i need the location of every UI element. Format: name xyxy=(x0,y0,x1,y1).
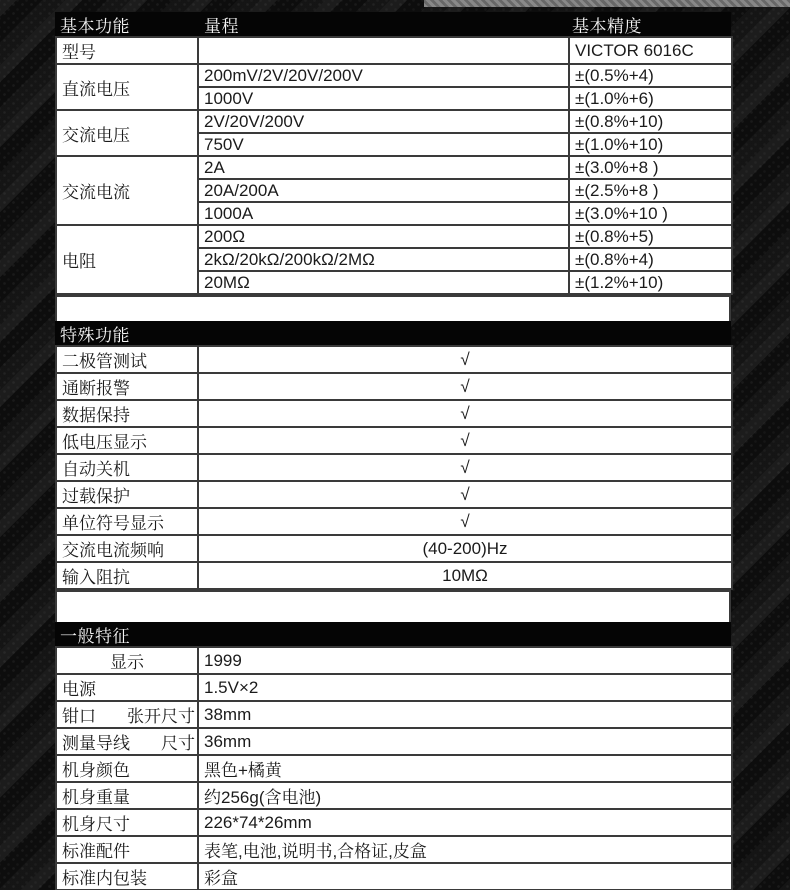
row-label: 机身尺寸 xyxy=(56,809,198,836)
row-label: 自动关机 xyxy=(56,454,198,481)
row-label: 交流电流频响 xyxy=(56,535,198,562)
table-row: 钳口 张开尺寸 38mm xyxy=(56,701,732,728)
table-row: 过载保护 √ xyxy=(56,481,732,508)
row-value: 表笔,电池,说明书,合格证,皮盒 xyxy=(198,836,732,863)
row-value: √ xyxy=(198,454,732,481)
table-row: 二极管测试 √ xyxy=(56,346,732,373)
table-row: 直流电压 200mV/2V/20V/200V ±(0.5%+4) xyxy=(56,64,732,87)
table-row: 低电压显示 √ xyxy=(56,427,732,454)
row-label: 钳口 张开尺寸 xyxy=(56,701,198,728)
row-range: 2V/20V/200V xyxy=(198,110,569,133)
row-accuracy: ±(0.8%+10) xyxy=(569,110,732,133)
row-label: 标准配件 xyxy=(56,836,198,863)
row-accuracy: ±(2.5%+8 ) xyxy=(569,179,732,202)
row-range: 20A/200A xyxy=(198,179,569,202)
general-features-table: 显示 1999 电源 1.5V×2 钳口 张开尺寸 38mm xyxy=(55,646,733,890)
row-accuracy: ±(1.0%+10) xyxy=(569,133,732,156)
row-accuracy: ±(1.2%+10) xyxy=(569,271,732,294)
general-features-header-band: 一般特征 xyxy=(55,622,731,646)
row-value: 黑色+橘黄 xyxy=(198,755,732,782)
row-label: 标准内包装 xyxy=(56,863,198,890)
row-label: 单位符号显示 xyxy=(56,508,198,535)
row-value: 1999 xyxy=(198,647,732,674)
table-row: 电阻 200Ω ±(0.8%+5) xyxy=(56,225,732,248)
table-row: 机身重量 约256g(含电池) xyxy=(56,782,732,809)
row-value: 226*74*26mm xyxy=(198,809,732,836)
section-spacer xyxy=(55,295,731,321)
row-accuracy: ±(3.0%+8 ) xyxy=(569,156,732,179)
row-range: 200mV/2V/20V/200V xyxy=(198,64,569,87)
row-range: 200Ω xyxy=(198,225,569,248)
row-accuracy: ±(0.8%+4) xyxy=(569,248,732,271)
row-label: 型号 xyxy=(56,37,198,64)
group-label-ac-voltage: 交流电压 xyxy=(56,110,198,156)
row-label: 机身颜色 xyxy=(56,755,198,782)
spec-panel: 基本功能 量程 基本精度 型号 VICTOR 6016C 直流电压 200mV/… xyxy=(55,12,731,890)
row-value: √ xyxy=(198,373,732,400)
row-label: 显示 xyxy=(56,647,198,674)
row-label: 二极管测试 xyxy=(56,346,198,373)
row-value: 38mm xyxy=(198,701,732,728)
row-label: 机身重量 xyxy=(56,782,198,809)
row-value: √ xyxy=(198,400,732,427)
row-value: √ xyxy=(198,481,732,508)
table-row: 输入阻抗 10MΩ xyxy=(56,562,732,589)
section-spacer xyxy=(55,590,731,622)
row-accuracy: ±(3.0%+10 ) xyxy=(569,202,732,225)
table-row: 交流电压 2V/20V/200V ±(0.8%+10) xyxy=(56,110,732,133)
table-row: 自动关机 √ xyxy=(56,454,732,481)
row-value: 36mm xyxy=(198,728,732,755)
table-row: 单位符号显示 √ xyxy=(56,508,732,535)
col-header-basic-function: 基本功能 xyxy=(55,12,197,37)
row-accuracy: ±(1.0%+6) xyxy=(569,87,732,110)
table-row: 机身尺寸 226*74*26mm xyxy=(56,809,732,836)
row-range: 2A xyxy=(198,156,569,179)
row-label: 输入阻抗 xyxy=(56,562,198,589)
basic-spec-table: 型号 VICTOR 6016C 直流电压 200mV/2V/20V/200V ±… xyxy=(55,36,733,295)
row-range: 750V xyxy=(198,133,569,156)
special-functions-table: 二极管测试 √ 通断报警 √ 数据保持 √ 低电压显示 √ 自动关机 √ xyxy=(55,345,733,590)
table-row: 测量导线 尺寸 36mm xyxy=(56,728,732,755)
table-row: 机身颜色 黑色+橘黄 xyxy=(56,755,732,782)
col-header-range: 量程 xyxy=(197,12,568,37)
row-value: 10MΩ xyxy=(198,562,732,589)
row-value: √ xyxy=(198,346,732,373)
row-label: 数据保持 xyxy=(56,400,198,427)
background-light-streak xyxy=(424,0,790,7)
row-value: 约256g(含电池) xyxy=(198,782,732,809)
table-row: 显示 1999 xyxy=(56,647,732,674)
table-row: 交流电流 2A ±(3.0%+8 ) xyxy=(56,156,732,179)
row-value: (40-200)Hz xyxy=(198,535,732,562)
row-label: 电源 xyxy=(56,674,198,701)
table-row: 电源 1.5V×2 xyxy=(56,674,732,701)
table-row: 标准内包装 彩盒 xyxy=(56,863,732,890)
col-header-accuracy: 基本精度 xyxy=(568,12,731,37)
special-functions-header-band: 特殊功能 xyxy=(55,321,731,345)
table-row-model: 型号 VICTOR 6016C xyxy=(56,37,732,64)
row-value: √ xyxy=(198,508,732,535)
row-range: 1000V xyxy=(198,87,569,110)
row-label: 通断报警 xyxy=(56,373,198,400)
spec-sheet-image: 基本功能 量程 基本精度 型号 VICTOR 6016C 直流电压 200mV/… xyxy=(0,0,790,890)
group-label-ac-current: 交流电流 xyxy=(56,156,198,225)
row-range: 20MΩ xyxy=(198,271,569,294)
row-value: 1.5V×2 xyxy=(198,674,732,701)
row-label: 过载保护 xyxy=(56,481,198,508)
table-row: 数据保持 √ xyxy=(56,400,732,427)
row-label: 测量导线 尺寸 xyxy=(56,728,198,755)
model-value: VICTOR 6016C xyxy=(569,37,732,64)
row-label: 低电压显示 xyxy=(56,427,198,454)
table-row: 交流电流频响 (40-200)Hz xyxy=(56,535,732,562)
basic-functions-header-band: 基本功能 量程 基本精度 xyxy=(55,12,731,36)
row-accuracy: ±(0.5%+4) xyxy=(569,64,732,87)
row-value: 彩盒 xyxy=(198,863,732,890)
group-label-resistance: 电阻 xyxy=(56,225,198,294)
row-value: √ xyxy=(198,427,732,454)
row-range: 2kΩ/20kΩ/200kΩ/2MΩ xyxy=(198,248,569,271)
row-range xyxy=(198,37,569,64)
row-range: 1000A xyxy=(198,202,569,225)
row-accuracy: ±(0.8%+5) xyxy=(569,225,732,248)
table-row: 通断报警 √ xyxy=(56,373,732,400)
table-row: 标准配件 表笔,电池,说明书,合格证,皮盒 xyxy=(56,836,732,863)
group-label-dc-voltage: 直流电压 xyxy=(56,64,198,110)
